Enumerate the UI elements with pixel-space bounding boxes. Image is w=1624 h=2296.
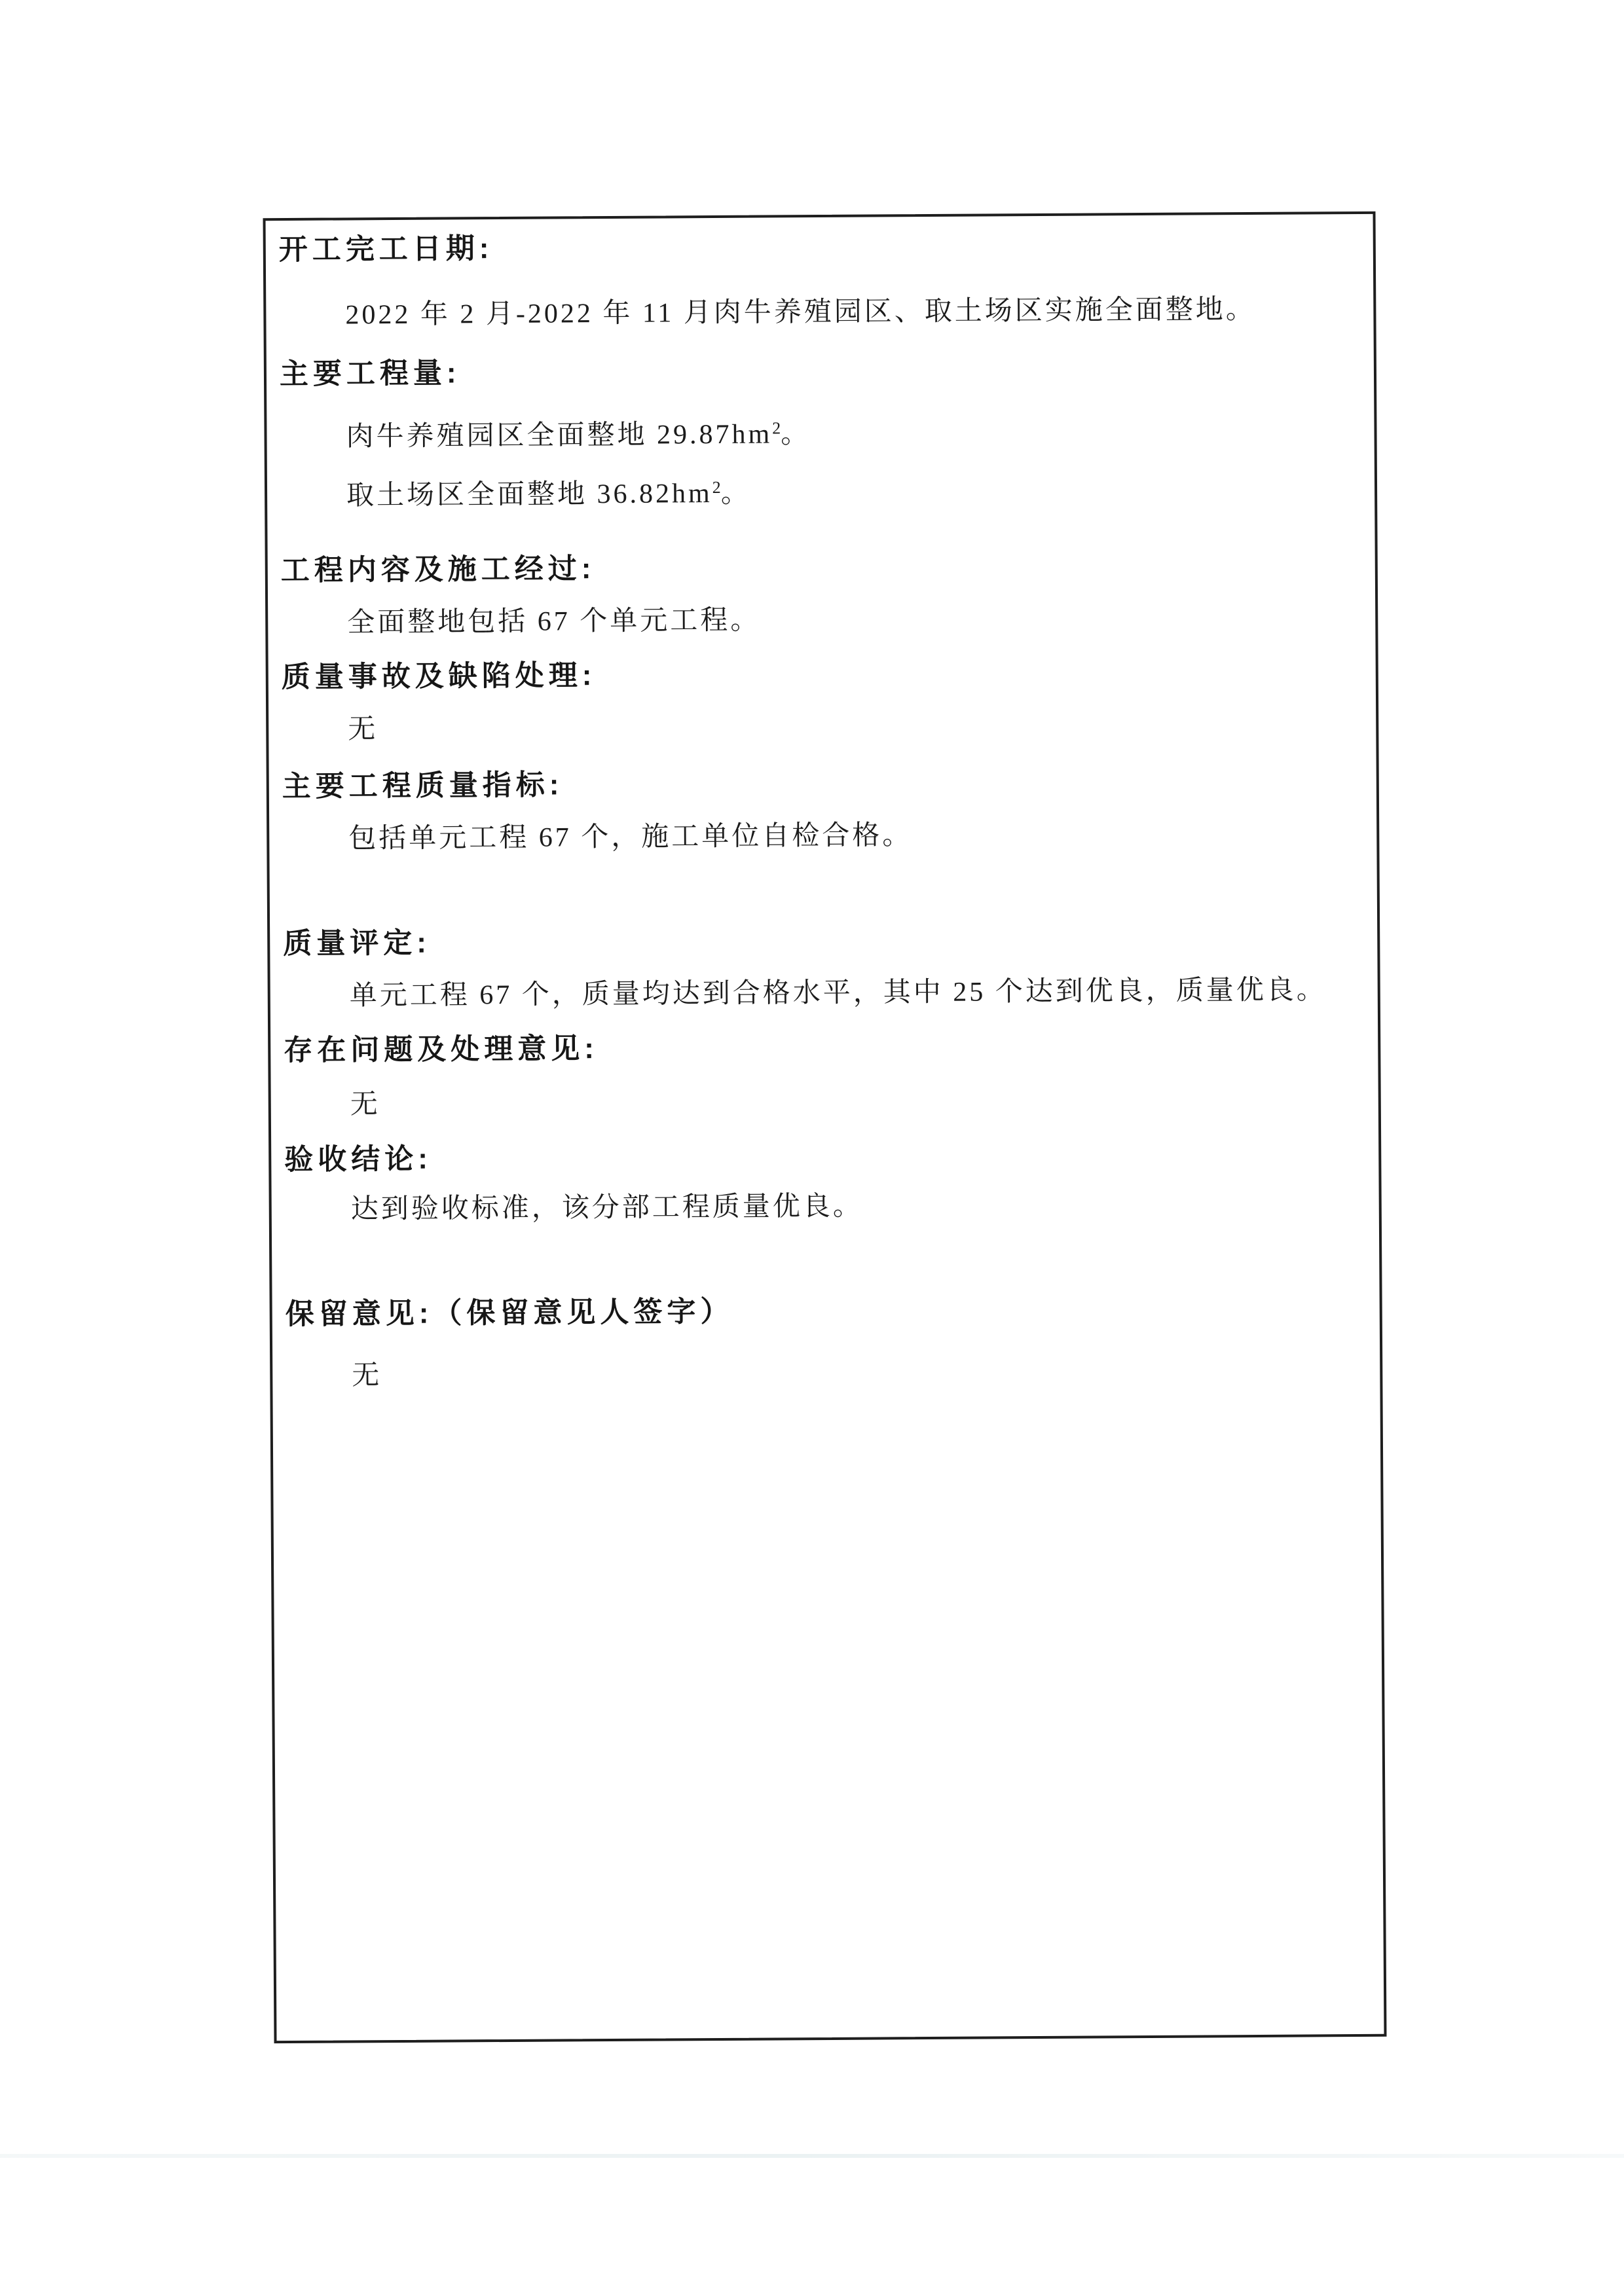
body-quality-indicators: 包括单元工程 67 个，施工单位自检合格。 (348, 815, 912, 859)
heading-start-end-date: 开工完工日期: (279, 228, 494, 270)
superscript-2: 2 (772, 418, 781, 437)
body-existing-problems: 无 (350, 1084, 380, 1125)
heading-quality-accidents: 质量事故及缺陷处理: (282, 655, 597, 698)
heading-quality-rating: 质量评定: (283, 923, 431, 964)
heading-existing-problems: 存在问题及处理意见: (284, 1029, 599, 1071)
heading-acceptance-conclusion: 验收结论: (284, 1139, 432, 1180)
body-construction-content: 全面整地包括 67 个单元工程。 (347, 600, 760, 644)
superscript-2: 2 (712, 478, 721, 497)
heading-main-quantities: 主要工程量: (280, 353, 461, 395)
body-quality-accidents: 无 (348, 709, 378, 750)
quantity-text: 肉牛养殖园区全面整地 29.87hm (346, 419, 772, 452)
heading-quality-indicators: 主要工程质量指标: (282, 765, 564, 807)
quantity-period: 。 (721, 479, 751, 509)
body-acceptance-conclusion: 达到验收标准，该分部工程质量优良。 (351, 1186, 863, 1230)
quantity-text: 取土场区全面整地 36.82hm (346, 479, 712, 511)
scanned-document-page: { "page": { "paper_color": "#ffffff", "i… (0, 0, 1624, 2296)
body-main-quantities-borrow-area: 取土场区全面整地 36.82hm2。 (346, 473, 751, 517)
quantity-period: 。 (781, 419, 811, 449)
scanner-streak-artifact (0, 2154, 1624, 2158)
body-start-end-date: 2022 年 2 月-2022 年 11 月肉牛养殖园区、取土场区实施全面整地。 (345, 289, 1256, 335)
body-reserved-opinions: 无 (352, 1355, 382, 1396)
heading-reserved-opinions: 保留意见:（保留意见人签字） (286, 1292, 734, 1335)
body-quality-rating: 单元工程 67 个，质量均达到合格水平，其中 25 个达到优良，质量优良。 (350, 970, 1327, 1016)
body-main-quantities-cattle-area: 肉牛养殖园区全面整地 29.87hm2。 (346, 414, 811, 457)
heading-construction-content: 工程内容及施工经过: (281, 549, 596, 591)
form-border-box: 开工完工日期: 2022 年 2 月-2022 年 11 月肉牛养殖园区、取土场… (263, 211, 1387, 2043)
